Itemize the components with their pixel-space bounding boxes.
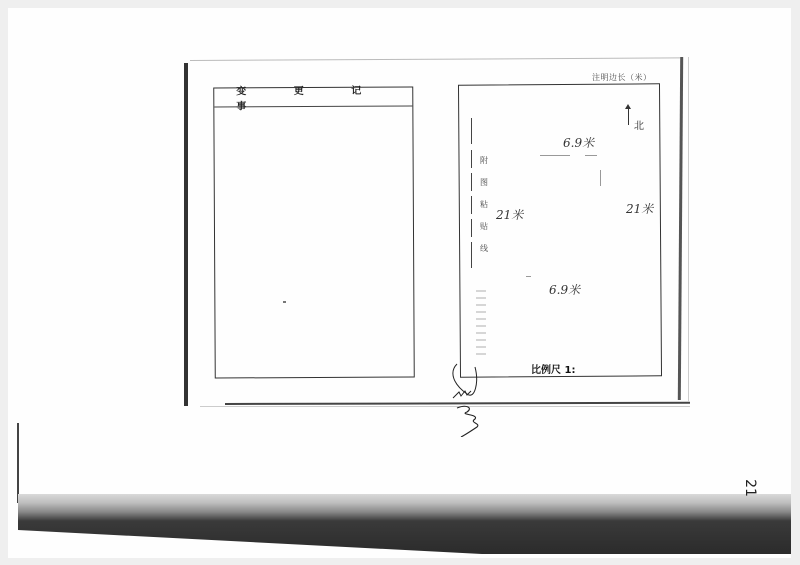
paste-line-segment bbox=[471, 242, 472, 268]
change-records-box: 变 更 记 事 bbox=[213, 86, 415, 378]
faint-stamp-text bbox=[476, 290, 486, 360]
edge-length-header: 注明边长（米） bbox=[592, 72, 652, 83]
left-binding-edge bbox=[184, 63, 188, 406]
paste-label-char: 附 bbox=[478, 150, 490, 172]
paste-line-segment bbox=[471, 196, 472, 214]
dimension-right: 21米 bbox=[626, 200, 653, 217]
dimension-left: 21米 bbox=[496, 206, 523, 223]
dimension-bottom: 6.9米 bbox=[549, 281, 580, 298]
north-arrow-icon bbox=[628, 107, 629, 125]
paste-line-label: 附 图 粘 贴 线 bbox=[478, 150, 490, 260]
sheet-outer-right-edge bbox=[688, 57, 689, 402]
paste-line-segment bbox=[471, 118, 472, 144]
dimension-top: 6.9米 bbox=[563, 134, 594, 151]
paste-label-char: 线 bbox=[478, 238, 490, 260]
faint-plot-line bbox=[600, 170, 601, 186]
scan-edge-line bbox=[17, 423, 19, 503]
paste-line-segment bbox=[471, 150, 472, 168]
faint-plot-line bbox=[526, 276, 531, 277]
scan-speck bbox=[283, 301, 286, 303]
paste-label-char: 贴 bbox=[478, 216, 490, 238]
scale-label: 比例尺 1: bbox=[531, 361, 575, 376]
paste-label-char: 粘 bbox=[478, 194, 490, 216]
faint-plot-line bbox=[540, 155, 570, 156]
faint-plot-line bbox=[585, 155, 597, 156]
paste-line-segment bbox=[471, 173, 472, 191]
change-records-title: 变 更 记 事 bbox=[214, 87, 412, 107]
paste-line-segment bbox=[471, 219, 472, 237]
page-number: 21 bbox=[742, 479, 758, 497]
handwritten-signature bbox=[445, 362, 495, 437]
north-label: 北 bbox=[634, 117, 644, 132]
paste-label-char: 图 bbox=[478, 172, 490, 194]
